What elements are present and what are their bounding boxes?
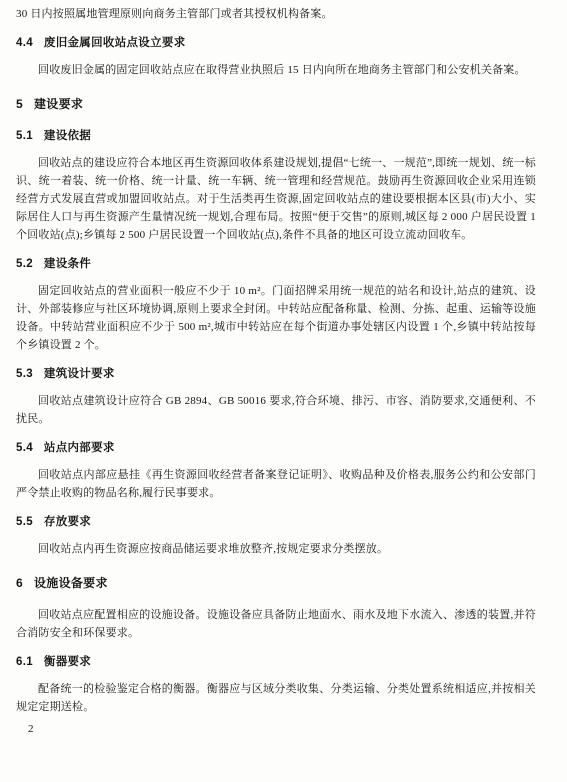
document-page: 30 日内按照属地管理原则向商务主管部门或者其授权机构备案。 4.4废旧金属回收… bbox=[0, 0, 567, 782]
paragraph: 回收站点建筑设计应符合 GB 2894、GB 50016 要求,符合环境、排污、… bbox=[16, 392, 536, 428]
section-title: 衡器要求 bbox=[44, 656, 91, 668]
paragraph: 回收站点内部应悬挂《再生资源回收经营者备案登记证明》、收购品种及价格表,服务公约… bbox=[16, 466, 536, 502]
chapter-heading-6: 6设施设备要求 bbox=[16, 574, 536, 592]
chapter-number: 5 bbox=[16, 97, 23, 111]
section-title: 建设条件 bbox=[44, 258, 91, 270]
section-number: 5.3 bbox=[16, 368, 33, 380]
paragraph: 回收站点的建设应符合本地区再生资源回收体系建设规划,提倡“七统一、一规范”,即统… bbox=[16, 154, 536, 244]
section-number: 5.2 bbox=[16, 258, 33, 270]
paragraph: 回收站点应配置相应的设施设备。设施设备应具备防止地面水、雨水及地下水流入、渗透的… bbox=[16, 606, 536, 642]
section-title: 建筑设计要求 bbox=[44, 368, 115, 380]
chapter-title: 设施设备要求 bbox=[34, 576, 108, 590]
chapter-number: 6 bbox=[16, 576, 23, 590]
chapter-heading-5: 5建设要求 bbox=[16, 95, 536, 113]
page-number: 2 bbox=[28, 720, 536, 738]
paragraph: 配备统一的检验鉴定合格的衡器。衡器应与区域分类收集、分类运输、分类处置系统相适应… bbox=[16, 680, 536, 716]
section-title: 废旧金属回收站点设立要求 bbox=[44, 37, 186, 49]
section-heading-6-1: 6.1衡器要求 bbox=[16, 653, 536, 671]
section-heading-5-5: 5.5存放要求 bbox=[16, 513, 536, 531]
section-number: 6.1 bbox=[16, 656, 33, 668]
section-number: 5.4 bbox=[16, 442, 33, 454]
section-title: 站点内部要求 bbox=[44, 442, 115, 454]
section-title: 建设依据 bbox=[44, 130, 91, 142]
section-number: 5.5 bbox=[16, 516, 33, 528]
paragraph: 回收废旧金属的固定回收站点应在取得营业执照后 15 日内向所在地商务主管部门和公… bbox=[16, 61, 536, 79]
chapter-title: 建设要求 bbox=[34, 97, 83, 111]
section-heading-5-1: 5.1建设依据 bbox=[16, 127, 536, 145]
section-heading-5-4: 5.4站点内部要求 bbox=[16, 439, 536, 457]
section-number: 5.1 bbox=[16, 130, 33, 142]
section-number: 4.4 bbox=[16, 37, 33, 49]
section-heading-4-4: 4.4废旧金属回收站点设立要求 bbox=[16, 34, 536, 52]
continued-paragraph: 30 日内按照属地管理原则向商务主管部门或者其授权机构备案。 bbox=[16, 5, 536, 23]
section-heading-5-2: 5.2建设条件 bbox=[16, 255, 536, 273]
paragraph: 回收站点内再生资源应按商品储运要求堆放整齐,按规定要求分类摆放。 bbox=[16, 540, 536, 558]
section-heading-5-3: 5.3建筑设计要求 bbox=[16, 365, 536, 383]
paragraph: 固定回收站点的营业面积一般应不少于 10 m²。门面招牌采用统一规范的站名和设计… bbox=[16, 282, 536, 354]
section-title: 存放要求 bbox=[44, 516, 91, 528]
